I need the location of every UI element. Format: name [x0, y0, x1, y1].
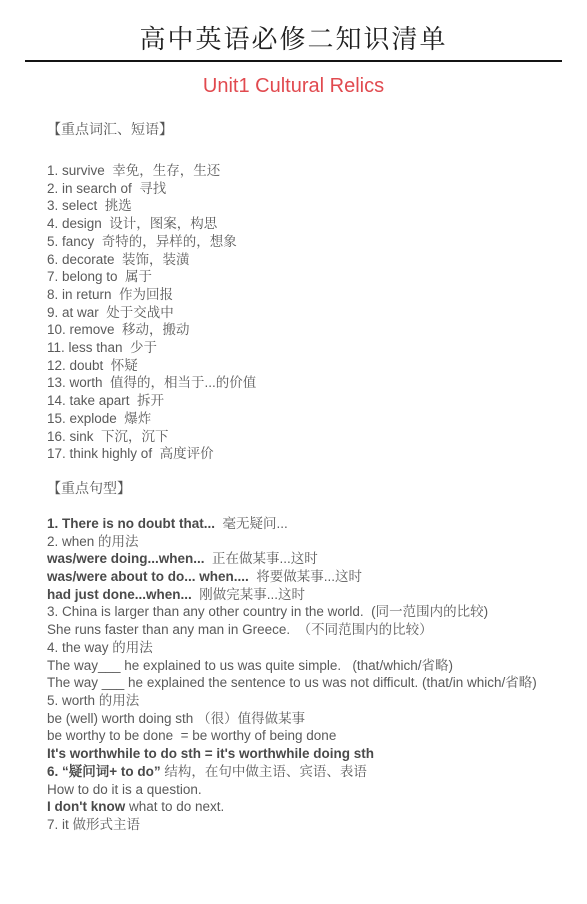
sentence-regular-part: How to do it is a question.: [47, 782, 202, 797]
vocab-item: 4. design 设计，图案，构思: [47, 215, 563, 233]
sentence-bold-part: I don't know: [47, 799, 129, 814]
sentence-line: She runs faster than any man in Greece. …: [47, 621, 563, 639]
sentence-regular-part: She runs faster than any man in Greece. …: [47, 622, 433, 637]
vocab-item: 3. select 挑选: [47, 197, 563, 215]
sentence-line: It's worthwhile to do sth = it's worthwh…: [47, 745, 563, 763]
sentence-regular-part: 刚做完某事...这时: [192, 587, 305, 602]
sentence-regular-part: be worthy to be done = be worthy of bein…: [47, 728, 336, 743]
sentence-regular-part: be (well) worth doing sth （很）值得做某事: [47, 711, 305, 726]
sentence-line: 5. worth 的用法: [47, 692, 563, 710]
vocab-item: 7. belong to 属于: [47, 268, 563, 286]
document-header: 高中英语必修二知识清单 Unit1 Cultural Relics: [25, 24, 562, 98]
vocab-item: 6. decorate 装饰，装潢: [47, 251, 563, 269]
vocab-item: 10. remove 移动，搬动: [47, 321, 563, 339]
unit-title: Unit1 Cultural Relics: [25, 74, 562, 98]
sentence-bold-part: was/were doing...when...: [47, 551, 205, 566]
vocab-section-heading: 【重点词汇、短语】: [47, 120, 563, 138]
sentence-bold-part: It's worthwhile to do sth = it's worthwh…: [47, 746, 374, 761]
vocab-item: 8. in return 作为回报: [47, 286, 563, 304]
sentence-line: I don't know what to do next.: [47, 798, 563, 816]
sentence-regular-part: The way ___ he explained the sentence to…: [47, 675, 537, 690]
sentence-line: 4. the way 的用法: [47, 639, 563, 657]
vocab-item: 13. worth 值得的，相当于...的价值: [47, 374, 563, 392]
vocab-item: 11. less than 少于: [47, 339, 563, 357]
sentence-regular-part: 将要做某事...这时: [249, 569, 362, 584]
sentence-line: The way ___ he explained the sentence to…: [47, 674, 563, 692]
sentence-line: be worthy to be done = be worthy of bein…: [47, 727, 563, 745]
sentence-line: was/were about to do... when.... 将要做某事..…: [47, 568, 563, 586]
sentence-line: 3. China is larger than any other countr…: [47, 603, 563, 621]
document-title: 高中英语必修二知识清单: [25, 24, 562, 56]
vocab-item: 16. sink 下沉，沉下: [47, 428, 563, 446]
sentence-regular-part: 毫无疑问...: [215, 516, 288, 531]
sentence-line: 7. it 做形式主语: [47, 816, 563, 834]
sentence-bold-part: was/were about to do... when....: [47, 569, 249, 584]
sentence-regular-part: what to do next.: [129, 799, 224, 814]
sentence-regular-part: 正在做某事...这时: [205, 551, 318, 566]
sentence-bold-part: 6. “疑问词+ to do”: [47, 764, 164, 779]
vocab-item: 5. fancy 奇特的，异样的，想象: [47, 233, 563, 251]
sentence-line: had just done...when... 刚做完某事...这时: [47, 586, 563, 604]
sentence-list: 1. There is no doubt that... 毫无疑问... 2. …: [47, 515, 563, 834]
sentence-line: 1. There is no doubt that... 毫无疑问...: [47, 515, 563, 533]
title-underline-rule: [25, 60, 562, 62]
vocab-item: 15. explode 爆炸: [47, 410, 563, 428]
sentence-section-heading: 【重点句型】: [47, 479, 563, 497]
vocab-list: 1. survive 幸免，生存，生还 2. in search of 寻找 3…: [47, 162, 563, 463]
sentence-line: 2. when 的用法: [47, 533, 563, 551]
sentence-bold-part: 1. There is no doubt that...: [47, 516, 215, 531]
sentence-line: be (well) worth doing sth （很）值得做某事: [47, 710, 563, 728]
vocab-item: 17. think highly of 高度评价: [47, 445, 563, 463]
sentence-regular-part: 4. the way 的用法: [47, 640, 153, 655]
sentence-regular-part: 5. worth 的用法: [47, 693, 139, 708]
sentence-line: The way___ he explained to us was quite …: [47, 657, 563, 675]
vocab-item: 9. at war 处于交战中: [47, 304, 563, 322]
sentence-regular-part: 7. it 做形式主语: [47, 817, 140, 832]
sentence-regular-part: 2. when 的用法: [47, 534, 139, 549]
vocab-item: 12. doubt 怀疑: [47, 357, 563, 375]
sentence-line: How to do it is a question.: [47, 781, 563, 799]
sentence-regular-part: 3. China is larger than any other countr…: [47, 604, 488, 619]
document-body: 【重点词汇、短语】 1. survive 幸免，生存，生还 2. in sear…: [47, 120, 563, 834]
sentence-bold-part: had just done...when...: [47, 587, 192, 602]
vocab-item: 14. take apart 拆开: [47, 392, 563, 410]
sentence-regular-part: The way___ he explained to us was quite …: [47, 658, 453, 673]
sentence-line: 6. “疑问词+ to do” 结构，在句中做主语、宾语、表语: [47, 763, 563, 781]
sentence-line: was/were doing...when... 正在做某事...这时: [47, 550, 563, 568]
vocab-item: 2. in search of 寻找: [47, 180, 563, 198]
vocab-item: 1. survive 幸免，生存，生还: [47, 162, 563, 180]
sentence-regular-part: 结构，在句中做主语、宾语、表语: [164, 764, 367, 779]
document-page: 高中英语必修二知识清单 Unit1 Cultural Relics 【重点词汇、…: [0, 24, 587, 834]
